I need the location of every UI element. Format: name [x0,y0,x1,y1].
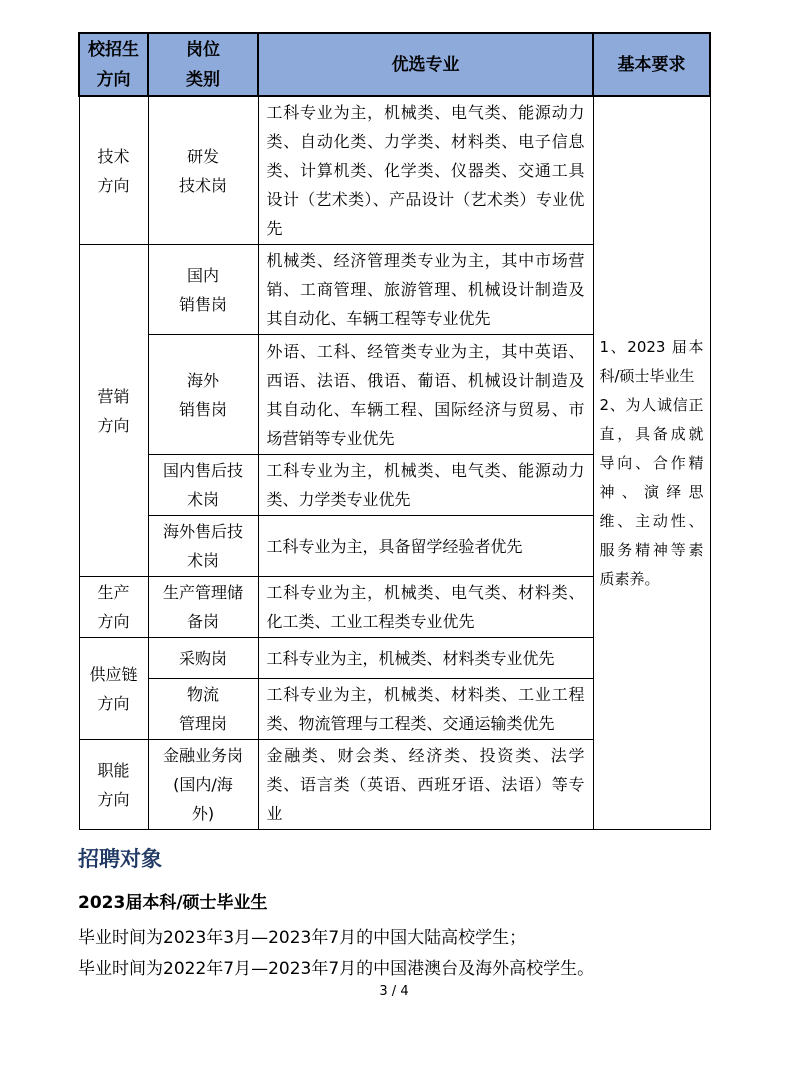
position-cell: 国内售后技 术岗 [148,455,258,516]
position-cell: 物流 管理岗 [148,679,258,740]
graduation-requirements-paragraph: 毕业时间为2023年3月—2023年7月的中国大陆高校学生； 毕业时间为2022… [78,923,710,985]
direction-cell-supply-chain: 供应链 方向 [79,638,148,740]
majors-cell: 机械类、经济管理类专业为主，其中市场营销、工商管理、旅游管理、机械设计制造及其自… [258,245,593,335]
page-footer: 3 / 4 [0,984,788,999]
header-majors-cell: 优选专业 [258,33,593,96]
majors-cell: 金融类、财会类、经济类、投资类、法学类、语言类（英语、西班牙语、法语）等专业 [258,740,593,830]
table-row: 技术 方向 研发 技术岗 工科专业为主，机械类、电气类、能源动力类、自动化类、力… [79,96,710,245]
majors-cell: 工科专业为主，机械类、电气类、能源动力类、自动化类、力学类、材料类、电子信息类、… [258,96,593,245]
direction-cell-functional: 职能 方向 [79,740,148,830]
direction-cell-production: 生产 方向 [79,577,148,638]
section-subheading: 2023届本科/硕士毕业生 [78,891,710,915]
position-cell: 生产管理储 备岗 [148,577,258,638]
recruitment-table: 校招生 方向 岗位 类别 优选专业 基本要求 技术 方向 研发 技术岗 工科专业… [78,32,711,830]
header-requirements-cell: 基本要求 [593,33,710,96]
graduation-time-line-2: 毕业时间为2022年7月—2023年7月的中国港澳台及海外高校学生。 [78,954,710,985]
header-category-cell: 岗位 类别 [148,33,258,96]
majors-cell: 工科专业为主，机械类、电气类、材料类、化工类、工业工程类专业优先 [258,577,593,638]
requirement-item-1: 1、2023 届本科/硕士毕业生 [600,333,704,391]
direction-cell-marketing: 营销 方向 [79,245,148,577]
document-page: 校招生 方向 岗位 类别 优选专业 基本要求 技术 方向 研发 技术岗 工科专业… [0,0,788,1070]
position-cell: 海外售后技 术岗 [148,516,258,577]
majors-cell: 外语、工科、经管类专业为主，其中英语、西语、法语、俄语、葡语、机械设计制造及其自… [258,335,593,455]
direction-cell-tech: 技术 方向 [79,96,148,245]
majors-cell: 工科专业为主，机械类、材料类专业优先 [258,638,593,679]
graduation-time-line-1: 毕业时间为2023年3月—2023年7月的中国大陆高校学生； [78,923,710,954]
majors-cell: 工科专业为主，机械类、电气类、能源动力类、力学类专业优先 [258,455,593,516]
requirements-cell: 1、2023 届本科/硕士毕业生 2、为人诚信正直，具备成就导向、合作精神、演绎… [593,96,710,830]
header-direction-cell: 校招生 方向 [79,33,148,96]
majors-cell: 工科专业为主，机械类、材料类、工业工程类、物流管理与工程类、交通运输类优先 [258,679,593,740]
position-cell: 国内 销售岗 [148,245,258,335]
majors-cell: 工科专业为主，具备留学经验者优先 [258,516,593,577]
section-heading: 招聘对象 [78,846,710,873]
position-cell: 金融业务岗 (国内/海 外) [148,740,258,830]
table-header-row: 校招生 方向 岗位 类别 优选专业 基本要求 [79,33,710,96]
position-cell: 采购岗 [148,638,258,679]
position-cell: 海外 销售岗 [148,335,258,455]
position-cell: 研发 技术岗 [148,96,258,245]
requirement-item-2: 2、为人诚信正直，具备成就导向、合作精神、演绎思维、主动性、服务精神等素质素养。 [600,391,704,594]
